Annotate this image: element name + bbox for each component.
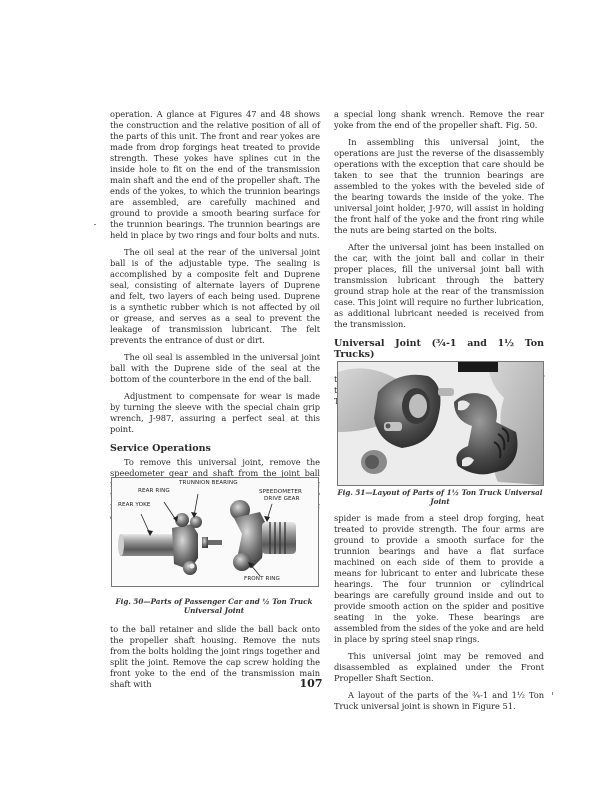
figure-50-caption: Fig. 50—Parts of Passenger Car and ½ Ton… [111,597,317,615]
page-number: 107 [296,677,326,690]
left-column: operation. A glance at Figures 47 and 48… [110,109,320,529]
paragraph: The oil seal at the rear of the universa… [110,247,320,346]
paragraph: a special long shank wrench. Remove the … [334,109,544,131]
figure-51-photo [337,361,544,486]
paragraph: to the ball retainer and slide the ball … [110,624,320,690]
truck-universal-joint-photo [338,362,543,485]
caption-line: Universal Joint [111,606,317,615]
paragraph: After the universal joint has been insta… [334,242,544,330]
label-drive-gear: DRIVE GEAR [264,496,300,502]
figure-51-caption: Fig. 51—Layout of Parts of 1½ Ton Truck … [334,488,546,506]
paragraph: A layout of the parts of the ¾-1 and 1½ … [334,690,544,712]
paragraph: operation. A glance at Figures 47 and 48… [110,109,320,241]
label-speedometer: SPEEDOMETER [259,489,302,495]
paragraph: The oil seal is assembled in the univers… [110,352,320,385]
paragraph: This universal joint may be removed and … [334,651,544,684]
label-trunnion-bearing: TRUNNION BEARING [179,480,238,486]
section-heading-universal-joint-trucks: Universal Joint (¾-1 and 1½ Ton Trucks) [334,338,544,360]
paragraph: In assembling this universal joint, the … [334,137,544,236]
left-column-continuation: to the ball retainer and slide the ball … [110,624,320,696]
right-column-continuation: spider is made from a steel drop forging… [334,513,544,718]
label-rear-yoke: REAR YOKE [118,502,151,508]
scan-speck [552,692,553,695]
figure-50-image: TRUNNION BEARING REAR RING REAR YOKE SPE… [111,477,319,587]
label-front-ring: FRONT RING [244,576,280,582]
paragraph: Adjustment to compensate for wear is mad… [110,391,320,435]
caption-line: Fig. 50—Parts of Passenger Car and ½ Ton… [111,597,317,606]
scan-speck [94,224,96,225]
section-heading-service-operations: Service Operations [110,443,320,454]
paragraph: spider is made from a steel drop forging… [334,513,544,645]
label-rear-ring: REAR RING [138,488,170,494]
